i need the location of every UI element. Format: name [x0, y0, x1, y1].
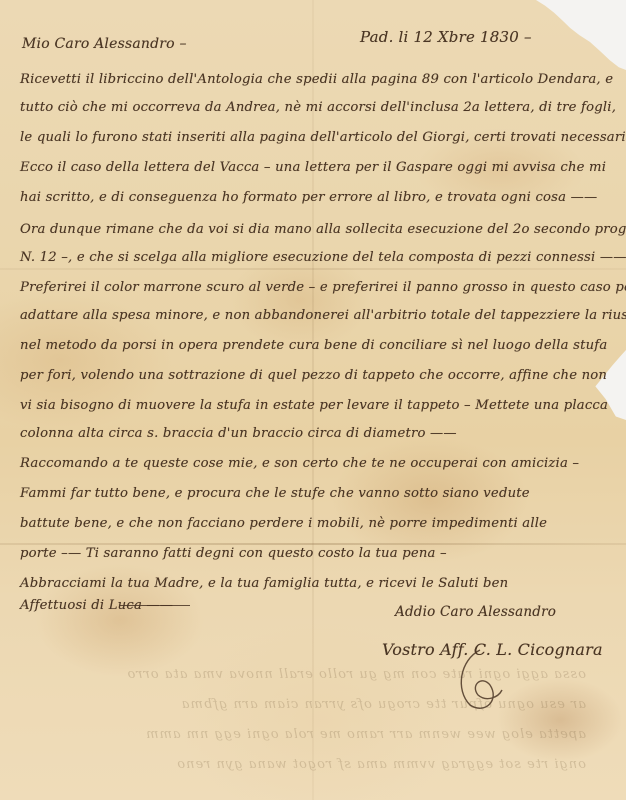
signature-flourish-icon [440, 640, 520, 720]
body-line: nel metodo da porsi in opera prendete cu… [20, 338, 607, 353]
body-line: tutto ciò che mi occorreva da Andrea, nè… [20, 100, 616, 115]
body-line: N. 12 –, e che si scelga alla migliore e… [20, 250, 626, 265]
body-line: Fammi far tutto bene, e procura che le s… [20, 486, 530, 501]
closing: Addio Caro Alessandro [395, 604, 556, 620]
body-line: hai scritto, e di conseguenza ho formato… [20, 190, 597, 205]
salutation: Mio Caro Alessandro – [22, 36, 187, 52]
body-line: Ricevetti il libriccino dell'Antologia c… [20, 72, 613, 87]
bleed-line: apetta elog wee wenm arr ramo me rola og… [40, 720, 586, 750]
body-line: Ecco il caso della lettera del Vacca – u… [20, 160, 606, 175]
body-line: porte –— Ti saranno fatti degni con ques… [20, 546, 447, 561]
body-line: Abbracciami la tua Madre, e la tua famig… [20, 576, 508, 591]
bleed-line: ongi rte sot eggrag vvmm ama sf rogot wa… [40, 750, 586, 780]
closing-flourish-line [120, 605, 190, 606]
body-line: Preferirei il color marrone scuro al ver… [20, 280, 626, 295]
body-line: colonna alta circa s. braccia d'un bracc… [20, 426, 457, 441]
body-line: Raccomando a te queste cose mie, e son c… [20, 456, 579, 471]
body-line: per fori, volendo una sottrazione di que… [20, 368, 607, 383]
body-line: Ora dunque rimane che da voi si dia mano… [20, 222, 626, 237]
body-line: le quali lo furono stati inseriti alla p… [20, 130, 626, 145]
dateline: Pad. li 12 Xbre 1830 – [360, 28, 532, 46]
torn-corner [536, 0, 626, 70]
body-line: vi sia bisogno di muovere la stufa in es… [20, 398, 608, 413]
body-line: adattare alla spesa minore, e non abband… [20, 308, 626, 323]
letter-page: ossa aggi ogni rate con mg gu rollo eral… [0, 0, 626, 800]
body-line: battute bene, e che non facciano perdere… [20, 516, 547, 531]
